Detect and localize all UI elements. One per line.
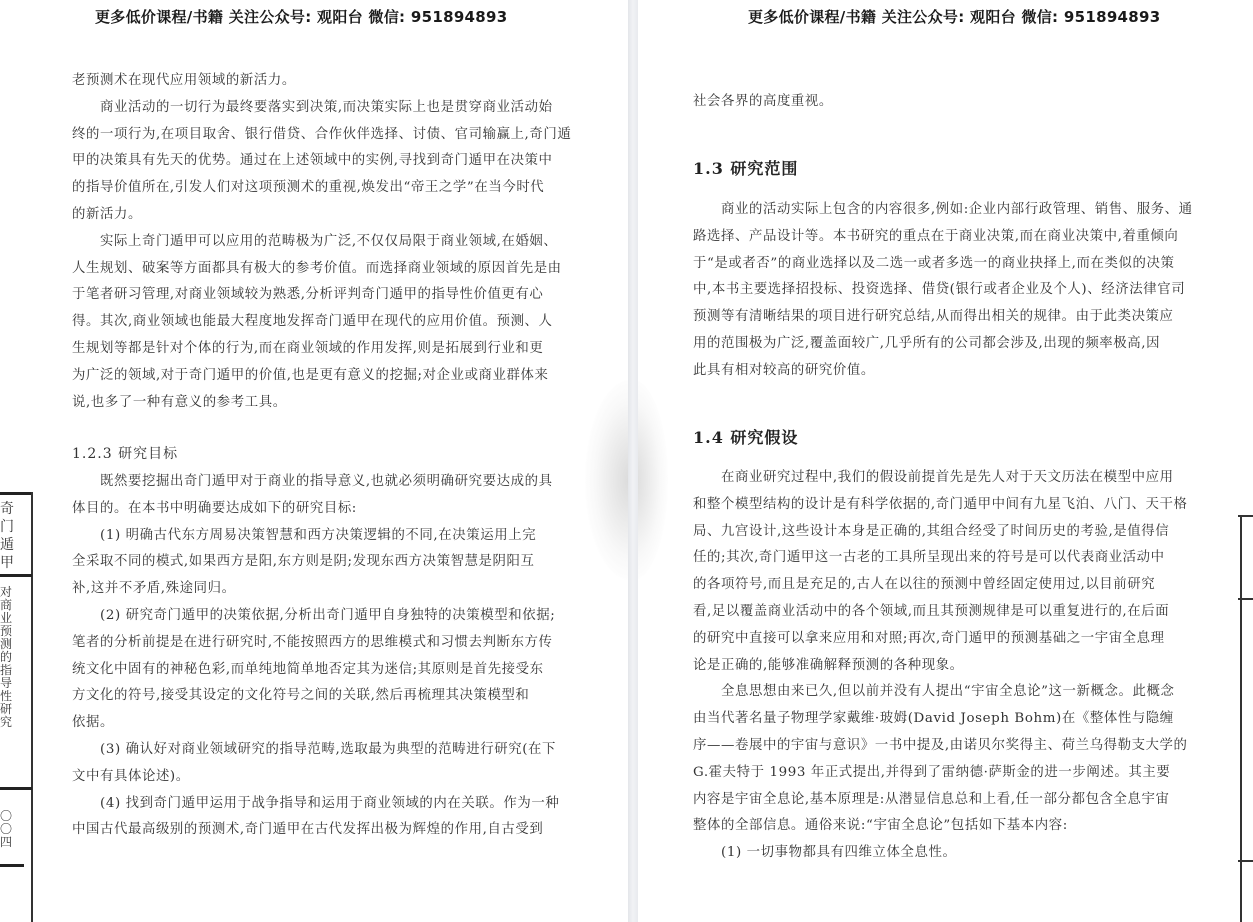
paragraph-line: 得。其次,商业领域也能最大程度地发挥奇门遁甲在现代的应用价值。预测、人 bbox=[72, 309, 577, 336]
paragraph-line: 的各项符号,而且是充足的,古人在以往的预测中曾经固定使用过,以目前研究 bbox=[693, 572, 1198, 599]
paragraph-line: 论是正确的,能够准确解释预测的各种现象。 bbox=[693, 653, 1198, 680]
paragraph-line: 全采取不同的模式,如果西方是阳,东方则是阴;发现东西方决策智慧是阴阳互 bbox=[72, 549, 577, 576]
spine-line bbox=[31, 492, 33, 922]
paragraph-line: 方文化的符号,接受其设定的文化符号之间的关联,然后再梳理其决策模型和 bbox=[72, 683, 577, 710]
paragraph-line: 局、九宫设计,这些设计本身是正确的,其组合经受了时间历史的考验,是值得信 bbox=[693, 519, 1198, 546]
paragraph-line: 内容是宇宙全息论,基本原理是:从潜显信息总和上看,任一部分都包含全息宇宙 bbox=[693, 787, 1198, 814]
spine-rule bbox=[0, 787, 32, 790]
paragraph-line: 统文化中固有的神秘色彩,而单纯地简单地否定其为迷信;其原则是首先接受东 bbox=[72, 657, 577, 684]
paragraph-line: (1) 明确古代东方周易决策智慧和西方决策逻辑的不同,在决策运用上完 bbox=[72, 523, 577, 550]
paragraph-line: 的指导价值所在,引发人们对这项预测术的重视,焕发出“帝王之学”在当今时代 bbox=[72, 175, 577, 202]
book-spine-margin-right bbox=[1238, 505, 1253, 922]
page-number: 〇〇四 bbox=[0, 810, 14, 849]
watermark-banner: 更多低价课程/书籍 关注公众号: 观阳台 微信: 951894893 bbox=[95, 6, 508, 27]
paragraph-line: 终的一项行为,在项目取舍、银行借贷、合作伙伴选择、讨债、官司输赢上,奇门遁 bbox=[72, 122, 577, 149]
scan-smudge bbox=[638, 380, 668, 580]
left-body-text: 老预测术在现代应用领域的新活力。商业活动的一切行为最终要落实到决策,而决策实际上… bbox=[72, 68, 577, 416]
paragraph-line: 社会各界的高度重视。 bbox=[693, 89, 1198, 116]
section-heading-1-2-3: 1.2.3 研究目标 bbox=[72, 441, 577, 468]
paragraph-line: 于“是或者否”的商业选择以及二选一或者多选一的商业抉择上,而在类似的决策 bbox=[693, 251, 1198, 278]
paragraph-line: 商业的活动实际上包含的内容很多,例如:企业内部行政管理、销售、服务、通 bbox=[693, 197, 1198, 224]
paragraph-line: 路选择、产品设计等。本书研究的重点在于商业决策,而在商业决策中,着重倾向 bbox=[693, 224, 1198, 251]
section-1-4-text: 在商业研究过程中,我们的假设前提首先是先人对于天文历法在模型中应用和整个模型结构… bbox=[693, 465, 1198, 867]
paragraph-line: 序——卷展中的宇宙与意识》一书中提及,由诺贝尔奖得主、荷兰乌得勒支大学的 bbox=[693, 733, 1198, 760]
paragraph-line: 的新活力。 bbox=[72, 202, 577, 229]
opening-line: 社会各界的高度重视。 bbox=[693, 89, 1198, 116]
section-title: 1.4 研究假设 bbox=[693, 425, 1198, 452]
spine-book-title: 奇门遁甲 bbox=[0, 500, 14, 572]
paragraph-line: 商业活动的一切行为最终要落实到决策,而决策实际上也是贯穿商业活动始 bbox=[72, 95, 577, 122]
paragraph-line: 此具有相对较高的研究价值。 bbox=[693, 358, 1198, 385]
section-title: 1.2.3 研究目标 bbox=[72, 441, 577, 468]
paragraph-line: (2) 研究奇门遁甲的决策依据,分析出奇门遁甲自身独特的决策模型和依据; bbox=[72, 603, 577, 630]
right-page: 更多低价课程/书籍 关注公众号: 观阳台 微信: 951894893 社会各界的… bbox=[638, 0, 1253, 922]
paragraph-line: G.霍夫特于 1993 年正式提出,并得到了雷纳德·萨斯金的进一步阐述。其主要 bbox=[693, 760, 1198, 787]
paragraph-line: 人生规划、破案等方面都具有极大的参考价值。而选择商业领域的原因首先是由 bbox=[72, 256, 577, 283]
page-divider bbox=[628, 0, 638, 922]
spine-rule bbox=[1238, 598, 1253, 600]
spine-rule bbox=[0, 864, 24, 867]
left-section-text: 既然要挖掘出奇门遁甲对于商业的指导意义,也就必须明确研究要达成的具体目的。在本书… bbox=[72, 469, 577, 844]
paragraph-line: 由当代著名量子物理学家戴维·玻姆(David Joseph Bohm)在《整体性… bbox=[693, 706, 1198, 733]
spine-subtitle: 对商业预测的指导性研究 bbox=[0, 586, 14, 729]
paragraph-line: 老预测术在现代应用领域的新活力。 bbox=[72, 68, 577, 95]
paragraph-line: 补,这并不矛盾,殊途同归。 bbox=[72, 576, 577, 603]
paragraph-line: 在商业研究过程中,我们的假设前提首先是先人对于天文历法在模型中应用 bbox=[693, 465, 1198, 492]
paragraph-line: 既然要挖掘出奇门遁甲对于商业的指导意义,也就必须明确研究要达成的具 bbox=[72, 469, 577, 496]
section-heading-1-3: 1.3 研究范围 bbox=[693, 156, 1198, 183]
scan-smudge bbox=[585, 380, 628, 580]
section-heading-1-4: 1.4 研究假设 bbox=[693, 425, 1198, 452]
paragraph-line: 文中有具体论述)。 bbox=[72, 764, 577, 791]
paragraph-line: 的研究中直接可以拿来应用和对照;再次,奇门遁甲的预测基础之一宇宙全息理 bbox=[693, 626, 1198, 653]
paragraph-line: 笔者的分析前提是在进行研究时,不能按照西方的思维模式和习惯去判断东方传 bbox=[72, 630, 577, 657]
spine-rule bbox=[1238, 860, 1253, 862]
paragraph-line: 和整个模型结构的设计是有科学依据的,奇门遁甲中间有九星飞泊、八门、天干格 bbox=[693, 492, 1198, 519]
watermark-banner: 更多低价课程/书籍 关注公众号: 观阳台 微信: 951894893 bbox=[748, 6, 1161, 27]
paragraph-line: 任的;其次,奇门遁甲这一古老的工具所呈现出来的符号是可以代表商业活动中 bbox=[693, 545, 1198, 572]
paragraph-line: 生规划等都是针对个体的行为,而在商业领域的作用发挥,则是拓展到行业和更 bbox=[72, 336, 577, 363]
left-page: 更多低价课程/书籍 关注公众号: 观阳台 微信: 951894893 老预测术在… bbox=[0, 0, 628, 922]
paragraph-line: 实际上奇门遁甲可以应用的范畴极为广泛,不仅仅局限于商业领域,在婚姻、 bbox=[72, 229, 577, 256]
spine-rule bbox=[0, 492, 32, 495]
paragraph-line: (3) 确认好对商业领域研究的指导范畴,选取最为典型的范畴进行研究(在下 bbox=[72, 737, 577, 764]
paragraph-line: 中国古代最高级别的预测术,奇门遁甲在古代发挥出极为辉煌的作用,自古受到 bbox=[72, 817, 577, 844]
paragraph-line: 用的范围极为广泛,覆盖面较广,几乎所有的公司都会涉及,出现的频率极高,因 bbox=[693, 331, 1198, 358]
paragraph-line: 整体的全部信息。通俗来说:“宇宙全息论”包括如下基本内容: bbox=[693, 813, 1198, 840]
section-title: 1.3 研究范围 bbox=[693, 156, 1198, 183]
paragraph-line: (4) 找到奇门遁甲运用于战争指导和运用于商业领域的内在关联。作为一种 bbox=[72, 791, 577, 818]
paragraph-line: 依据。 bbox=[72, 710, 577, 737]
paragraph-line: 为广泛的领域,对于奇门遁甲的价值,也是更有意义的挖掘;对企业或商业群体来 bbox=[72, 363, 577, 390]
paragraph-line: 中,本书主要选择招投标、投资选择、借贷(银行或者企业及个人)、经济法律官司 bbox=[693, 277, 1198, 304]
paragraph-line: 说,也多了一种有意义的参考工具。 bbox=[72, 390, 577, 417]
spine-rule bbox=[0, 574, 32, 577]
paragraph-line: 预测等有清晰结果的项目进行研究总结,从而得出相关的规律。由于此类决策应 bbox=[693, 304, 1198, 331]
section-1-3-text: 商业的活动实际上包含的内容很多,例如:企业内部行政管理、销售、服务、通路选择、产… bbox=[693, 197, 1198, 385]
paragraph-line: 于笔者研习管理,对商业领域较为熟悉,分析评判奇门遁甲的指导性价值更有心 bbox=[72, 282, 577, 309]
paragraph-line: 体目的。在本书中明确要达成如下的研究目标: bbox=[72, 496, 577, 523]
paragraph-line: 全息思想由来已久,但以前并没有人提出“宇宙全息论”这一新概念。此概念 bbox=[693, 679, 1198, 706]
book-spine-margin: 奇门遁甲 对商业预测的指导性研究 〇〇四 bbox=[0, 480, 40, 922]
paragraph-line: 看,足以覆盖商业活动中的各个领域,而且其预测规律是可以重复进行的,在后面 bbox=[693, 599, 1198, 626]
paragraph-line: 甲的决策具有先天的优势。通过在上述领域中的实例,寻找到奇门遁甲在决策中 bbox=[72, 148, 577, 175]
paragraph-line: (1) 一切事物都具有四维立体全息性。 bbox=[693, 840, 1198, 867]
